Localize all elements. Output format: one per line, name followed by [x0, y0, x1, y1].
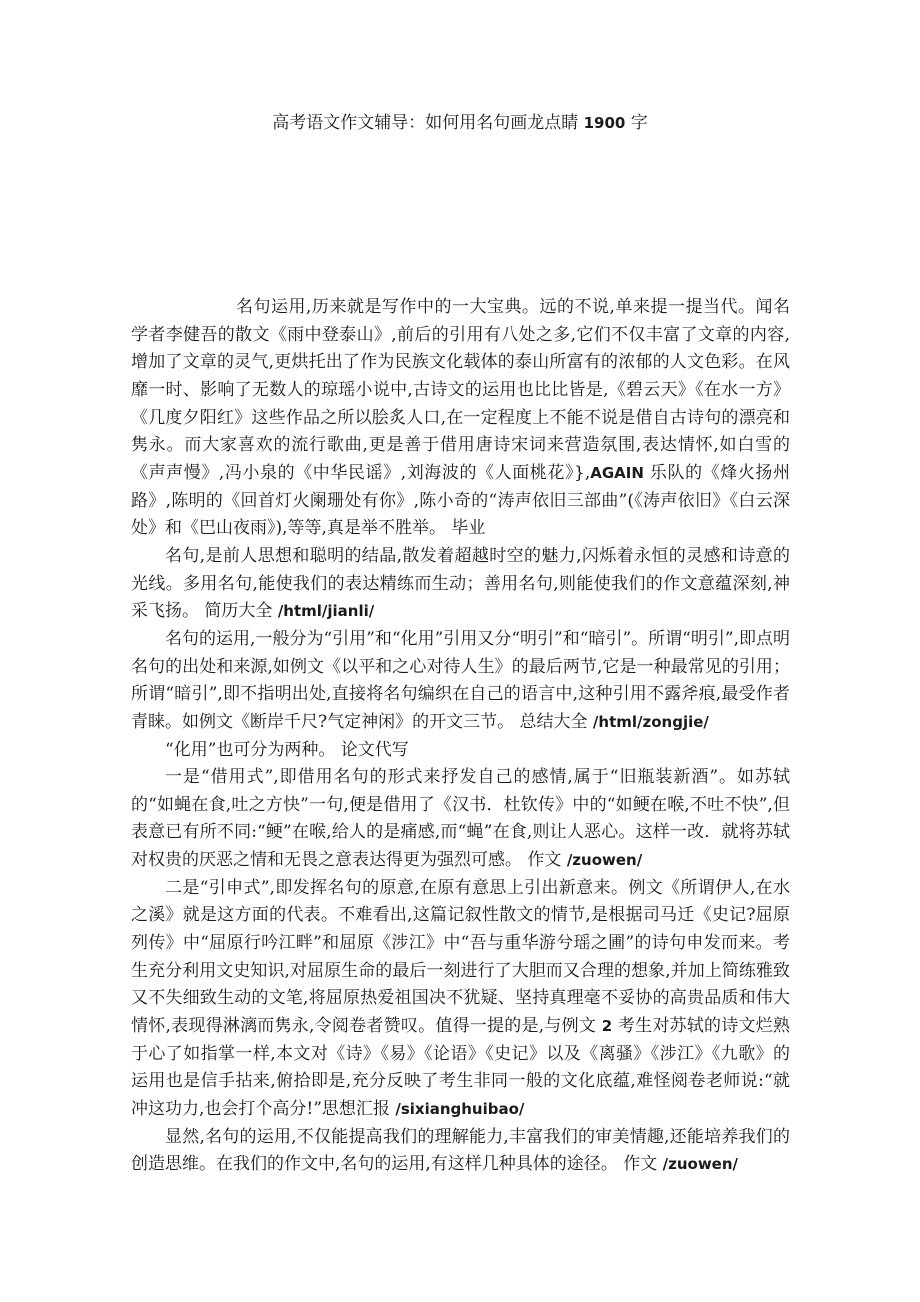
paragraph: 名句,是前人思想和聪明的结晶,散发着超越时空的魅力,闪烁着永恒的灵感和诗意的光线…	[131, 543, 790, 626]
latin-text-run: /sixianghuibao/	[395, 1100, 524, 1118]
latin-text-run: /html/jianli/	[278, 602, 374, 620]
paragraph: 名句运用,历来就是写作中的一大宝典。远的不说,单来提一提当代。闻名学者李健吾的散…	[131, 294, 790, 543]
latin-text-run: 1900	[584, 114, 626, 132]
latin-text-run: /zuowen/	[663, 1155, 738, 1173]
text-run: “化用”也可分为两种。 论文代写	[165, 740, 409, 760]
text-run: 一是“借用式”,即借用名句的形式来抒发自己的感情,属于“旧瓶装新酒”。如苏轼的“…	[131, 767, 790, 870]
paragraph: “化用”也可分为两种。 论文代写	[131, 737, 790, 765]
latin-text-run: AGAIN	[590, 464, 644, 482]
paragraph: 一是“借用式”,即借用名句的形式来抒发自己的感情,属于“旧瓶装新酒”。如苏轼的“…	[131, 764, 790, 875]
text-run: 二是“引申式”,即发挥名句的原意,在原有意思上引出新意来。例文《所谓伊人,在水之…	[131, 878, 790, 1036]
text-run: 字	[625, 113, 647, 133]
paragraph: 名句的运用,一般分为“引用”和“化用”引用又分“明引”和“暗引”。所谓“明引”,…	[131, 626, 790, 737]
document-title: 高考语文作文辅导：如何用名句画龙点睛 1900 字	[131, 110, 789, 136]
text-run: 名句运用,历来就是写作中的一大宝典。远的不说,单来提一提当代。闻名学者李健吾的散…	[131, 297, 790, 483]
paragraph: 显然,名句的运用,不仅能提高我们的理解能力,丰富我们的审美情趣,还能培养我们的创…	[131, 1124, 790, 1179]
latin-text-run: 2	[602, 1017, 612, 1035]
latin-text-run: /html/zongjie/	[593, 713, 709, 731]
document-body: 名句运用,历来就是写作中的一大宝典。远的不说,单来提一提当代。闻名学者李健吾的散…	[131, 294, 790, 1179]
document-page: 高考语文作文辅导：如何用名句画龙点睛 1900 字 名句运用,历来就是写作中的一…	[0, 0, 920, 1302]
latin-text-run: /zuowen/	[567, 851, 642, 869]
text-run: 名句,是前人思想和聪明的结晶,散发着超越时空的魅力,闪烁着永恒的灵感和诗意的光线…	[131, 546, 790, 621]
text-run: 高考语文作文辅导：如何用名句画龙点睛	[272, 113, 583, 133]
paragraph: 二是“引申式”,即发挥名句的原意,在原有意思上引出新意来。例文《所谓伊人,在水之…	[131, 875, 790, 1124]
